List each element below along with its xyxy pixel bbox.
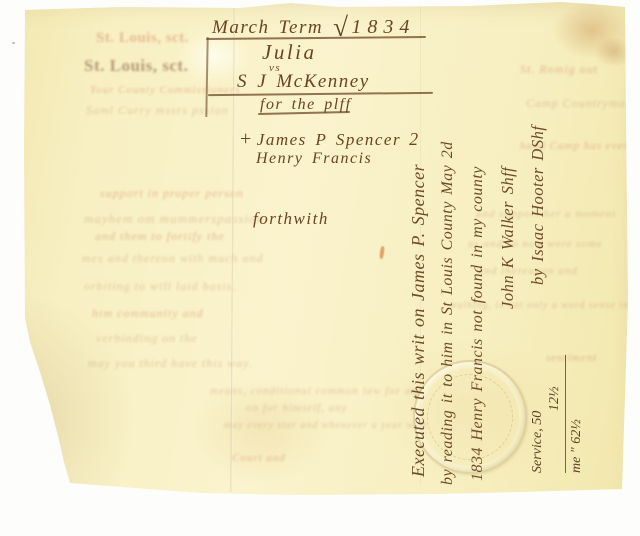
bleedthrough-line: Court and (232, 452, 286, 464)
bleedthrough-line: orbiting to will laid basis, (84, 279, 236, 294)
return-line: Executed this writ on James P. Spencer (403, 0, 433, 477)
plus-mark: + (240, 128, 253, 150)
bleedthrough-line: him community and (92, 306, 204, 321)
scanned-document: St. Louis, sct.St. Louis, sct.Your Count… (0, 0, 640, 536)
bleedthrough-line: and them to fortify the (95, 229, 225, 244)
bleedthrough-line: support in proper person (100, 186, 244, 201)
return-line: by reading it to him in St Louis County … (433, 0, 463, 485)
defendant-1-name: James P Spencer (257, 130, 401, 149)
term-heading: March Term√1834 (212, 16, 415, 39)
bleedthrough-line: mes and thereon with much and (82, 251, 264, 266)
bleedthrough-line: Saml Curry mssrs pssion (86, 103, 229, 118)
fee-mileage: 12½ (546, 303, 563, 411)
bleedthrough-line: St. Louis, sct. (84, 56, 188, 76)
sheriff-return-text: Executed this writ on James P. Spencer b… (403, 0, 603, 485)
bleedthrough-line: on for himself, any (246, 402, 348, 414)
paper-sheet: St. Louis, sct.St. Louis, sct.Your Count… (0, 0, 640, 536)
defendant-line-1: +James P Spencer2 (240, 128, 420, 151)
attorney-name: S J McKenney (237, 71, 370, 93)
bleedthrough-line: may every star and whenever a year with (224, 420, 428, 431)
fee-notations: Service, 50 12½ me " 62½ (529, 303, 585, 473)
bleedthrough-line: mayhem om mummerspassion (84, 211, 264, 227)
deputy-signature: by Isaac Hooter DShf (523, 0, 553, 285)
for-plff-label: for the plff (260, 96, 352, 114)
bleedthrough-line: may you third have this way. (88, 356, 253, 371)
term-label: March Term (212, 17, 323, 38)
return-line: 1834 Henry Francis not found in my count… (463, 0, 493, 481)
bleedthrough-line: means, conditional common law for and (210, 385, 424, 397)
defendant-line-2: Henry Francis (256, 150, 372, 168)
bleedthrough-line: St. Louis, sct. (96, 30, 189, 47)
instruction-forthwith: forthwith (253, 209, 329, 229)
sheriff-signature: John K Walker Shff (493, 0, 523, 309)
fee-total: me " 62½ (568, 303, 585, 473)
check-mark: √ (333, 12, 349, 42)
dust-speck (12, 42, 15, 44)
fee-service: Service, 50 (529, 303, 546, 473)
bleedthrough-line: verbinding on the (96, 331, 198, 346)
fee-total-rule (565, 355, 566, 473)
sheriff-return-annotation: Executed this writ on James P. Spencer b… (403, 0, 603, 485)
